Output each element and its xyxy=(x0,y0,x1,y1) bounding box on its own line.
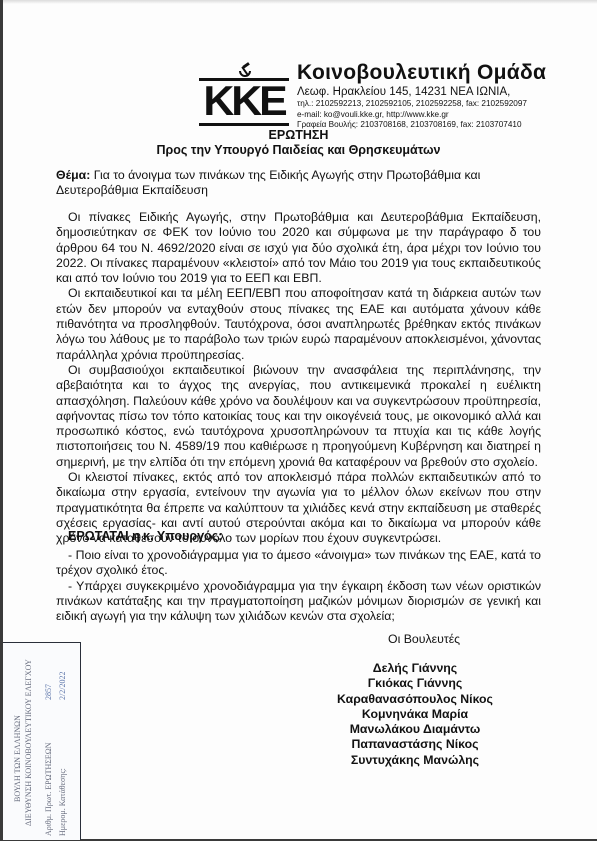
paragraph: Οι εκπαιδευτικοί και τα μέλη ΕΕΠ/ΕΒΠ που… xyxy=(56,286,541,362)
signers-list: Δελής Γιάννης Γκιόκας Γιάννης Καραθανασό… xyxy=(300,661,530,768)
document-body: Οι πίνακες Ειδικής Αγωγής, στην Πρωτοβάθ… xyxy=(56,210,541,547)
signer-name: Καραθανασόπουλος Νίκος xyxy=(300,692,530,707)
question-item: - Υπάρχει συγκεκριμένο χρονοδιάγραμμα γι… xyxy=(56,579,541,625)
stamp-directorate: ΔΙΕΥΘΥΝΣΗ ΚΟΙΝΟΒΟΥΛΕΥΤΙΚΟΥ ΕΛΕΓΧΟΥ xyxy=(24,659,34,826)
org-address: Λεωφ. Ηρακλείου 145, 14231 ΝΕΑ ΙΩΝΙΑ, xyxy=(297,85,546,99)
questions-title: ΕΡΩΤΑΤΑΙ η κ. Υπουργός: xyxy=(68,529,222,543)
signer-name: Μανωλάκου Διαμάντω xyxy=(300,722,530,737)
stamp-date: 2/2/2022 xyxy=(58,672,68,700)
registration-stamp: ΒΟΥΛΗ ΤΩΝ ΕΛΛΗΝΩΝ ΔΙΕΥΘΥΝΣΗ ΚΟΙΝΟΒΟΥΛΕΥΤ… xyxy=(3,642,81,840)
signer-name: Κομνηνάκα Μαρία xyxy=(300,707,530,722)
page-top-shadow xyxy=(0,0,597,4)
recipient: Προς την Υπουργό Παιδείας και Θρησκευμάτ… xyxy=(0,143,597,157)
signer-name: Συντυχάκης Μανώλης xyxy=(300,753,530,768)
logo-bottom-bar xyxy=(199,123,289,126)
signer-name: Δελής Γιάννης xyxy=(300,661,530,676)
subject: Θέμα: Για το άνοιγμα των πινάκων της Ειδ… xyxy=(56,168,541,198)
question-item: - Ποιο είναι το χρονοδιάγραμμα για το άμ… xyxy=(56,548,541,579)
paragraph: Οι συμβασιούχοι εκπαιδευτικοί βιώνουν τη… xyxy=(56,363,541,470)
stamp-protocol-label: Αριθμ. Πρωτ. ΕΡΩΤΗΣΕΩΝ xyxy=(44,742,54,836)
signer-name: Γκιόκας Γιάννης xyxy=(300,676,530,691)
org-email-web: e-mail: ko@vouli.kke.gr, http://www.kke.… xyxy=(297,110,546,121)
stamp-date-label: Ημερομ. Κατάθεσης: xyxy=(58,768,68,836)
subject-text: Για το άνοιγμα των πινάκων της Ειδικής Α… xyxy=(56,168,480,197)
org-name: Κοινοβουλευτική Ομάδα xyxy=(297,62,546,84)
letterhead-info: Κοινοβουλευτική Ομάδα Λεωφ. Ηρακλείου 14… xyxy=(297,62,546,131)
kke-logo: KKE xyxy=(199,62,289,126)
logo-text: KKE xyxy=(198,81,290,121)
subject-label: Θέμα: xyxy=(56,168,90,182)
stamp-protocol-number: 2857 xyxy=(44,684,54,700)
questions-list: - Ποιο είναι το χρονοδιάγραμμα για το άμ… xyxy=(56,548,541,624)
document-type: ΕΡΩΤΗΣΗ xyxy=(0,128,597,142)
org-phones: τηλ.: 2102592213, 2102592105, 2102592258… xyxy=(297,99,546,110)
signers-title: Οι Βουλευτές xyxy=(388,632,460,646)
signer-name: Παπαναστάσης Νίκος xyxy=(300,737,530,752)
stamp-parliament: ΒΟΥΛΗ ΤΩΝ ΕΛΛΗΝΩΝ xyxy=(13,715,23,802)
paragraph: Οι πίνακες Ειδικής Αγωγής, στην Πρωτοβάθ… xyxy=(56,210,541,286)
